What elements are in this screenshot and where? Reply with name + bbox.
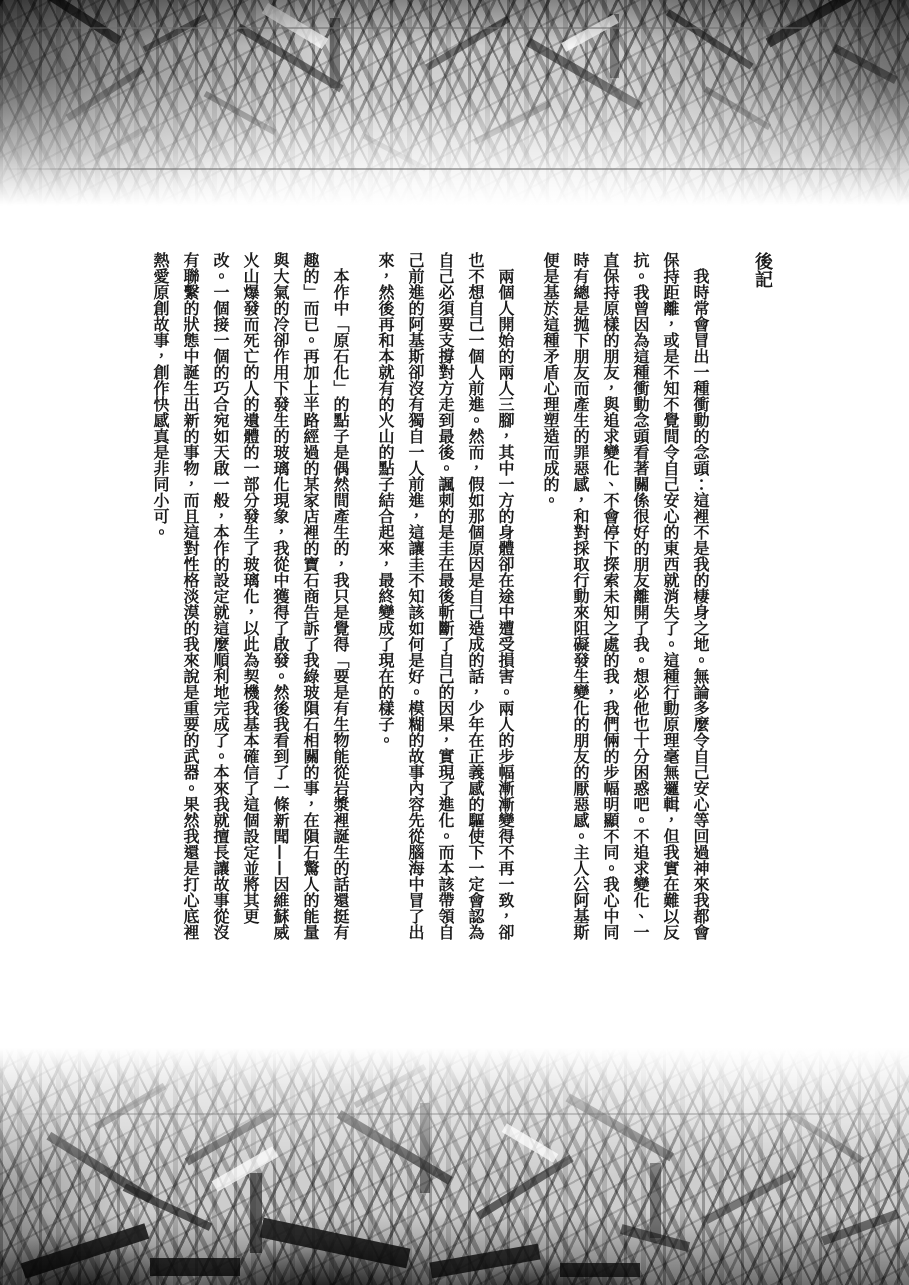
bottom-divider-line [0, 1113, 909, 1115]
bottom-texture-shards-graphic [0, 1043, 909, 1285]
afterword-title: 後記 [747, 252, 777, 944]
afterword-paragraph-1: 我時常會冒出一種衝動的念頭：這裡不是我的棲身之地。無論多麼令自己安心等回過神來我… [535, 252, 715, 944]
bottom-grunge-texture [0, 1043, 909, 1285]
afterword-page: { "page": { "background": "#ffffff", "te… [0, 0, 909, 1285]
afterword-paragraph-2: 兩個人開始的兩人三腳，其中一方的身體卻在途中遭受損害。兩人的步幅漸漸變得不再一致… [370, 252, 520, 944]
top-divider-line [0, 27, 909, 29]
top-texture-shards-graphic [0, 0, 909, 212]
afterword-paragraph-3: 本作中「原石化」的點子是偶然間產生的，我只是覺得「要是有生物能從岩漿裡誕生的話還… [145, 252, 355, 944]
top-divider-line-lower [0, 168, 909, 170]
afterword-text-block: 後記 我時常會冒出一種衝動的念頭：這裡不是我的棲身之地。無論多麼令自己安心等回過… [145, 252, 777, 944]
top-grunge-texture [0, 0, 909, 212]
